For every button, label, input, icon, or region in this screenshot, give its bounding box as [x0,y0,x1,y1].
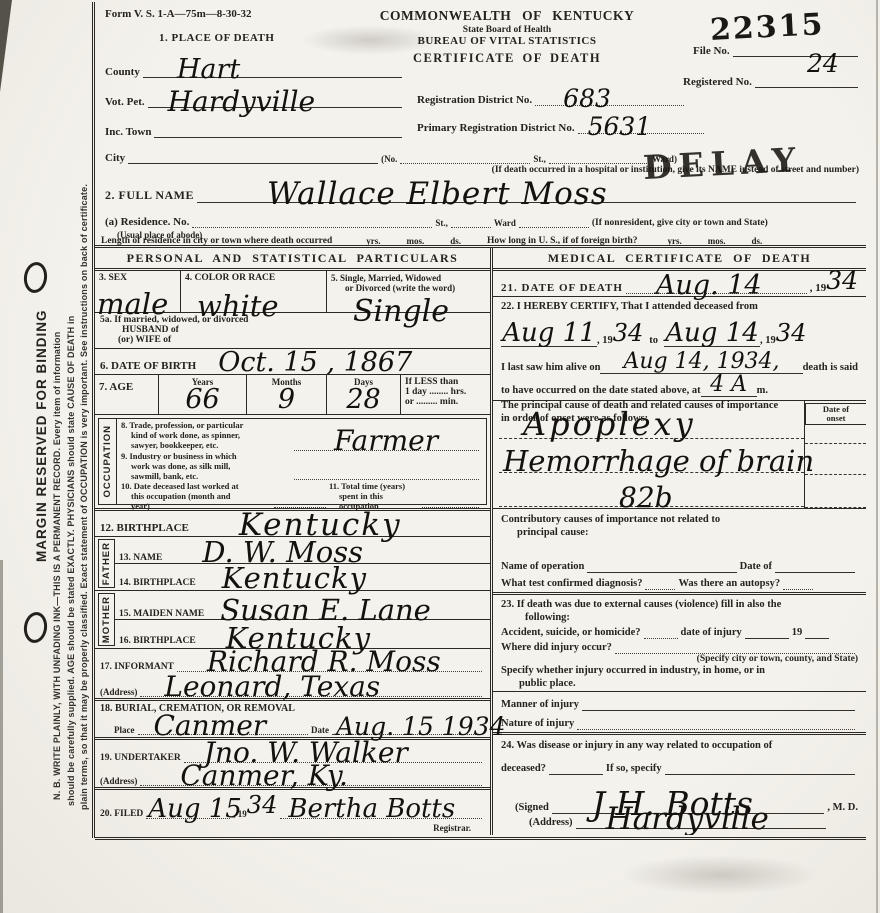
residence-ward: Ward [494,218,516,228]
date-of-death-label: 21. DATE OF DEATH [501,282,623,294]
burial-date-value: Aug. 15 1934 [336,717,505,737]
date-of-death-19: , 19 [810,282,827,294]
occupation-related-block: 24. Was disease or injury in any way rel… [493,735,866,779]
father-birthplace-value: Kentucky [222,567,367,590]
item24-row2: deceased? If so, specify [501,762,858,775]
nature-of-injury-label: Nature of injury [501,717,574,730]
undertaker-label: 19. UNDERTAKER [100,753,181,763]
contributory-line1: Contributory causes of importance not re… [501,513,858,526]
certify-line1: 22. I HEREBY CERTIFY, That I attended de… [501,300,858,313]
certify-to: to [649,334,658,347]
informant-block: 17. INFORMANT Richard R. Moss (Address) … [95,649,490,701]
filed-year-value: 34 [247,796,278,815]
filed-row: 20. FILED Aug 15 , 1934 Bertha Botts [100,800,485,819]
manner-row: Manner of injury [501,698,858,711]
last-saw-row: I last saw him alive on Aug 14, 1934, de… [501,353,858,374]
test-autopsy-row: What test confirmed diagnosis? Was there… [501,577,858,590]
item9-line2: work was done, as silk mill, [121,461,291,471]
informant-row: 17. INFORMANT Richard R. Moss [100,651,485,672]
physician-address-value: Hardyville [606,807,769,832]
mother-birthplace-label: 16. BIRTHPLACE [119,636,196,646]
certificate-title: CERTIFICATE OF DEATH [333,51,681,66]
form-header: Form V. S. 1-A—75m—8-30-32 1. PLACE OF D… [95,2,866,248]
item9-line1: 9. Industry or business in which [121,451,291,461]
filed-date-value: Aug 15 [148,799,242,820]
item9-line3: sawmill, bank, etc. [121,471,291,481]
commonwealth-title: COMMONWEALTH OF KENTUCKY [333,8,681,24]
how-long-us-label: How long in U. S., if of foreign birth? [487,236,638,246]
onset-dash-3 [805,475,866,508]
voting-precinct-value: Hardyville [168,91,316,113]
residence-label: (a) Residence. No. [105,216,189,228]
burial-place-value: Canmer [154,715,267,737]
date-of-birth-row: 6. DATE OF BIRTH Oct. 15 , 1867 [95,349,490,375]
dob-label: 6. DATE OF BIRTH [100,360,196,372]
cause-lines: Apoplexy Hemorrhage of brain 82b [493,401,804,508]
age-months-cell: Months 9 [247,375,327,414]
inc-town-row: Inc. Town [105,126,405,138]
margin-binding-label: MARGIN RESERVED FOR BINDING [34,309,49,562]
cause-code-value: 82b [619,487,673,509]
specify-city-note: (Specify city or town, county, and State… [501,654,858,664]
where-injury-label: Where did injury occur? [501,641,612,654]
color-race-cell: 4. COLOR OR RACE white [181,271,327,312]
father-block: FATHER 13. NAME D. W. Moss 14. BIRTHPLAC… [95,537,490,591]
days-value: 28 [331,389,396,411]
item8-line1: 8. Trade, profession, or particular [121,420,291,430]
item8-line2: kind of work done, as spinner, [121,430,291,440]
cause2-value: Hemorrhage of brain [503,450,814,473]
burial-block: 18. BURIAL, CREMATION, OR REMOVAL Place … [95,701,490,740]
less-line2: 1 day ........ hrs. [405,387,486,397]
sex-color-marital-row: 3. SEX male 4. COLOR OR RACE white 5. Si… [95,271,490,313]
board-subtitle: State Board of Health [333,25,681,35]
margin-note-line1: N. B. WRITE PLAINLY, WITH UNFADING INK—T… [52,332,62,800]
scanned-death-certificate: N. B. WRITE PLAINLY, WITH UNFADING INK—T… [0,0,880,913]
residence-st: St., [435,218,448,228]
bureau-subtitle: BUREAU OF VITAL STATISTICS [333,35,681,47]
margin-note-line2: should be carefully supplied. AGE should… [66,316,76,806]
mother-vertical-box: MOTHER [98,593,115,646]
registered-no-value: 24 [807,54,839,74]
hour-value: 4 A [710,372,747,397]
informant-address-value: Leonard, Texas [164,676,380,698]
test-label: What test confirmed diagnosis? [501,577,642,590]
occupation-block: OCCUPATION 8. Trade, profession, or part… [95,415,490,511]
item23-line8: Specify whether injury occurred in indus… [501,664,858,677]
mos2-label: mos. [708,236,726,246]
burial-date-label: Date [311,725,329,735]
undertaker-address-label: (Address) [100,776,137,786]
birthplace-label: 12. BIRTHPLACE [100,522,189,534]
marital-label-1: 5. Single, Married, Widowed [331,273,486,283]
nature-row: Nature of injury [501,717,858,730]
less-line3: or ......... min. [405,397,486,407]
registration-district-label: Registration District No. [417,94,532,106]
trade-value: Farmer [334,430,438,452]
color-race-value: white [197,295,279,318]
months-value: 9 [251,389,322,411]
sex-value: male [97,293,168,316]
item11-line1: 11. Total time (years) [329,481,419,491]
item10-line2: this occupation (month and [121,491,271,501]
where-injury-row: Where did injury occur? [501,641,858,654]
last-saw-label2: death is said [803,361,858,374]
scan-left-edge [0,560,3,913]
margin-note-line3: plain terms, so that it may be properly … [79,184,89,810]
undertaker-address-value: Canmer, Ky. [180,765,348,787]
punch-hole [22,261,49,295]
operation-date-label: Date of [740,560,772,573]
onset-dash-1 [805,425,866,444]
last-saw-label: I last saw him alive on [501,361,600,374]
yrs2-label: yrs. [668,236,682,246]
form-bottom-rule [95,835,866,840]
undertaker-block: 19. UNDERTAKER Jno. W. Walker (Address) … [95,740,490,790]
accident-label: Accident, suicide, or homicide? [501,626,641,639]
last-saw-value: Aug 14, 1934, [623,349,779,374]
informant-address-row: (Address) Leonard, Texas [100,678,485,697]
item-8: 8. Trade, profession, or particular kind… [121,420,482,451]
place-of-death-title: 1. PLACE OF DEATH [159,32,274,44]
onset-line2: onset [806,414,866,423]
scan-corner-shadow [0,0,12,92]
father-vertical-label: FATHER [101,542,112,585]
full-name-row: 2. FULL NAME Wallace Elbert Moss [105,188,859,203]
attended-from-value: Aug 11 [502,318,596,348]
accident-row: Accident, suicide, or homicide? date of … [501,626,858,639]
operation-row: Name of operation Date of [501,560,858,573]
certificate-form: Form V. S. 1-A—75m—8-30-32 1. PLACE OF D… [92,2,866,838]
item23-line9: public place. [501,677,858,690]
occurred-row: to have occurred on the date stated abov… [501,376,858,397]
certify-dates-row: Aug 11 , 1934 to Aug 14 , 1934 [501,323,858,347]
injury-19: 19 [792,626,803,639]
years-value: 66 [163,389,242,411]
contributory-block: Contributory causes of importance not re… [493,509,866,558]
inc-town-label: Inc. Town [105,126,151,138]
external-causes-block: 23. If death was due to external causes … [493,595,866,691]
father-items: 13. NAME D. W. Moss 14. BIRTHPLACE Kentu… [115,539,490,588]
age-less-cell: If LESS than 1 day ........ hrs. or ....… [401,375,490,414]
sex-label: 3. SEX [99,273,176,283]
filed-label: 20. FILED [100,809,143,819]
less-line1: If LESS than [405,377,486,387]
onset-dash-2 [805,444,866,475]
occupation-vertical-box: OCCUPATION [98,418,117,505]
city-label: City [105,152,125,164]
registrar-signature: Bertha Botts [288,799,455,820]
dob-value: Oct. 15 , 1867 [218,352,412,374]
cause-line-1: Apoplexy [499,405,804,439]
medical-section-title: MEDICAL CERTIFICATE OF DEATH [493,248,866,271]
cause-line-3: 82b [499,473,804,507]
certify-sep2: , 19 [760,334,776,347]
operation-label: Name of operation [501,560,584,573]
mother-vertical-label: MOTHER [101,596,112,643]
marital-cell: 5. Single, Married, Widowed or Divorced … [327,271,490,312]
residence-note: (If nonresident, give city or town and S… [592,218,768,228]
color-race-label: 4. COLOR OR RACE [185,273,322,283]
mos-label: mos. [406,236,424,246]
date-of-death-row: 21. DATE OF DEATH Aug. 14 , 1934 [493,271,866,297]
certify-block: 22. I HEREBY CERTIFY, That I attended de… [493,297,866,401]
punch-hole [22,611,49,645]
signed-label: (Signed [501,801,549,814]
registered-no-row: Registered No. [683,76,861,88]
primary-registration-value: 5631 [588,117,652,137]
burial-row: Place Canmer Date Aug. 15 1934 [100,718,485,735]
injury-detail-block: Manner of injury Nature of injury [493,691,866,735]
item23-line1: 23. If death was due to external causes … [501,598,858,611]
file-no-label: File No. [693,45,730,57]
cause1-value: Apoplexy [523,412,696,438]
primary-registration-label: Primary Registration District No. [417,122,575,134]
age-years-cell: Years 66 [159,375,247,414]
father-birthplace-row: 14. BIRTHPLACE Kentucky [115,564,490,588]
personal-column: PERSONAL AND STATISTICAL PARTICULARS 3. … [95,248,493,835]
ds2-label: ds. [752,236,763,246]
age-row: 7. AGE Years 66 Months 9 Days 28 [95,375,490,415]
residence-row: (a) Residence. No. St., Ward (If nonresi… [105,216,859,228]
physician-address-row: (Address) Hardyville [493,814,866,835]
attended-to-value: Aug 14 [665,318,759,348]
sex-cell: 3. SEX male [95,271,181,312]
full-name-label: 2. FULL NAME [105,188,194,203]
occupation-items: 8. Trade, profession, or particular kind… [117,418,487,505]
medical-column: MEDICAL CERTIFICATE OF DEATH 21. DATE OF… [493,248,866,835]
cause-of-death-block: Apoplexy Hemorrhage of brain 82b Date of… [493,401,866,509]
personal-section-title: PERSONAL AND STATISTICAL PARTICULARS [95,248,490,271]
birthplace-row: 12. BIRTHPLACE Kentucky [95,511,490,537]
registration-district-value: 683 [563,89,611,109]
age-days-cell: Days 28 [327,375,401,414]
delay-stamp: DELAY [642,140,803,187]
manner-of-injury-label: Manner of injury [501,698,579,711]
age-label: 7. AGE [99,381,133,393]
if-so-specify-label: If so, specify [606,762,662,775]
mother-birthplace-row: 16. BIRTHPLACE Kentucky [115,620,490,646]
registered-no-label: Registered No. [683,76,752,88]
m-label: m. [757,384,768,397]
county-value: Hart [177,59,240,81]
county-label: County [105,66,140,78]
scan-smudge [620,855,820,895]
item24-line1: 24. Was disease or injury in any way rel… [501,739,858,752]
operation-block: Name of operation Date of What test conf… [493,558,866,595]
city-no-hint: (No. [381,154,397,164]
registration-district-row: Registration District No. 683 [417,94,687,106]
voting-precinct-row: Vot. Pet. Hardyville [105,96,405,108]
certify-sep1: , 19 [597,334,613,347]
autopsy-label: Was there an autopsy? [678,577,780,590]
item8-line3: sawyer, bookkeeper, etc. [121,440,291,450]
burial-place-label: Place [100,725,135,735]
voting-precinct-label: Vot. Pet. [105,96,145,108]
age-label-cell: 7. AGE [95,375,159,414]
informant-label: 17. INFORMANT [100,662,174,672]
item23-line2: following: [501,611,858,624]
physician-address-label: (Address) [501,816,573,829]
occupation-vertical-label: OCCUPATION [102,425,113,497]
marital-value: Single [353,300,449,324]
title-block: COMMONWEALTH OF KENTUCKY State Board of … [333,8,681,66]
father-birthplace-label: 14. BIRTHPLACE [119,578,196,588]
occurred-label: to have occurred on the date stated abov… [501,384,701,397]
mother-maiden-value: Susan E. Lane [220,599,431,622]
item5a-line3: (or) WIFE of [100,335,485,345]
attended-from-year: 34 [613,324,644,343]
ds-label: ds. [450,236,461,246]
mother-items: 15. MAIDEN NAME Susan E. Lane 16. BIRTHP… [115,593,490,646]
md-label: , M. D. [827,801,858,814]
attended-to-year: 34 [776,324,807,343]
father-vertical-box: FATHER [98,539,115,588]
date-of-death-year: 34 [826,271,858,291]
scan-right-edge [876,0,878,913]
registrar-label: Registrar. [100,823,485,833]
primary-registration-row: Primary Registration District No. 5631 [417,122,707,134]
item11-line2: spent in this [329,491,419,501]
form-number: Form V. S. 1-A—75m—8-30-32 [105,8,252,20]
contributory-line2: principal cause: [501,526,858,539]
item10-line1: 10. Date deceased last worked at [121,481,271,491]
body-columns: PERSONAL AND STATISTICAL PARTICULARS 3. … [95,248,866,835]
mother-maiden-label: 15. MAIDEN NAME [119,609,204,619]
mother-block: MOTHER 15. MAIDEN NAME Susan E. Lane 16.… [95,591,490,649]
filed-block: 20. FILED Aug 15 , 1934 Bertha Botts Reg… [95,790,490,835]
marital-label-2: or Divorced (write the word) [331,283,486,293]
yrs-label: yrs. [366,236,380,246]
informant-address-label: (Address) [100,687,137,697]
length-of-residence-row: Length of residence in city or town wher… [101,236,861,246]
mother-name-row: 15. MAIDEN NAME Susan E. Lane [115,593,490,620]
date-of-onset-label: Date of onset [805,403,866,425]
injury-date-label: date of injury [681,626,742,639]
file-number-stamp: 22315 [709,7,825,48]
deceased-label: deceased? [501,762,546,775]
city-st-hint: St., [533,154,546,164]
cause-line-2: Hemorrhage of brain [499,439,804,473]
undertaker-address-row: (Address) Canmer, Ky. [100,767,485,786]
county-row: County Hart [105,66,405,78]
length-label: Length of residence in city or town wher… [101,236,332,246]
date-of-death-value: Aug. 14 [656,275,762,297]
father-name-label: 13. NAME [119,553,162,563]
full-name-value: Wallace Elbert Moss [267,182,608,207]
